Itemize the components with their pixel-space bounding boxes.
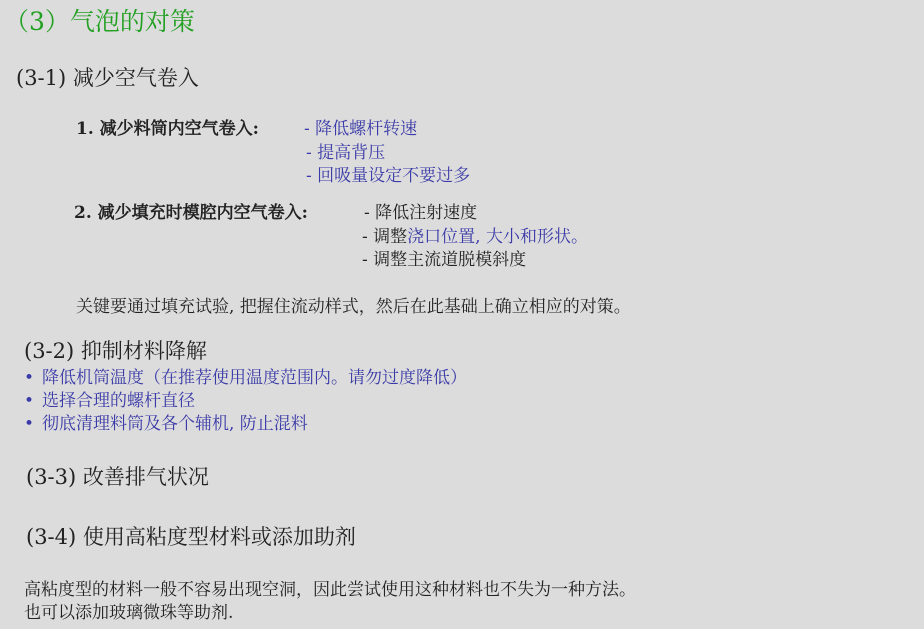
section-heading-3-4: (3-4) 使用高粘度型材料或添加助剂 <box>26 521 356 551</box>
bullet-item: •降低机筒温度（在推荐使用温度范围内。请勿过度降低） <box>24 363 467 388</box>
item-label-2: 2. 减少填充时模腔内空气卷入: <box>74 198 308 223</box>
bullet-item: •彻底清理料筒及各个辅机, 防止混料 <box>24 409 308 434</box>
section-3-4-paragraph-line-1: 高粘度型的材料一般不容易出现空洞，因此尝试使用这种材料也不失为一种方法。 <box>24 575 636 600</box>
section-heading-3-1: (3-1) 减少空气卷入 <box>16 62 199 92</box>
section-3-1-note: 关键要通过填充试验, 把握住流动样式，然后在此基础上确立相应的对策。 <box>76 292 631 317</box>
section-3-4-paragraph-line-2: 也可以添加玻璃微珠等助剂. <box>24 598 233 623</box>
item-1-point-2: - 提高背压 <box>306 138 385 163</box>
bullet-dot: • <box>24 368 42 388</box>
item-2-point-2-highlight: 浇口位置, 大小和形状。 <box>407 227 588 247</box>
item-2-point-2: - 调整浇口位置, 大小和形状。 <box>362 222 588 247</box>
item-label-1: 1. 减少料筒内空气卷入: <box>76 114 259 139</box>
slide-title: （3）气泡的对策 <box>4 2 195 38</box>
item-2-point-1: - 降低注射速度 <box>364 198 477 223</box>
bullet-dot: • <box>24 414 42 434</box>
item-1-point-3: - 回吸量设定不要过多 <box>306 161 470 186</box>
item-2-point-2-prefix: - 调整 <box>362 227 407 247</box>
item-1-point-1: - 降低螺杆转速 <box>304 114 417 139</box>
bullet-dot: • <box>24 391 42 411</box>
item-2-point-3: - 调整主流道脱模斜度 <box>362 245 526 270</box>
section-heading-3-2: (3-2) 抑制材料降解 <box>24 335 207 365</box>
bullet-item: •选择合理的螺杆直径 <box>24 386 195 411</box>
section-heading-3-3: (3-3) 改善排气状况 <box>26 461 209 491</box>
